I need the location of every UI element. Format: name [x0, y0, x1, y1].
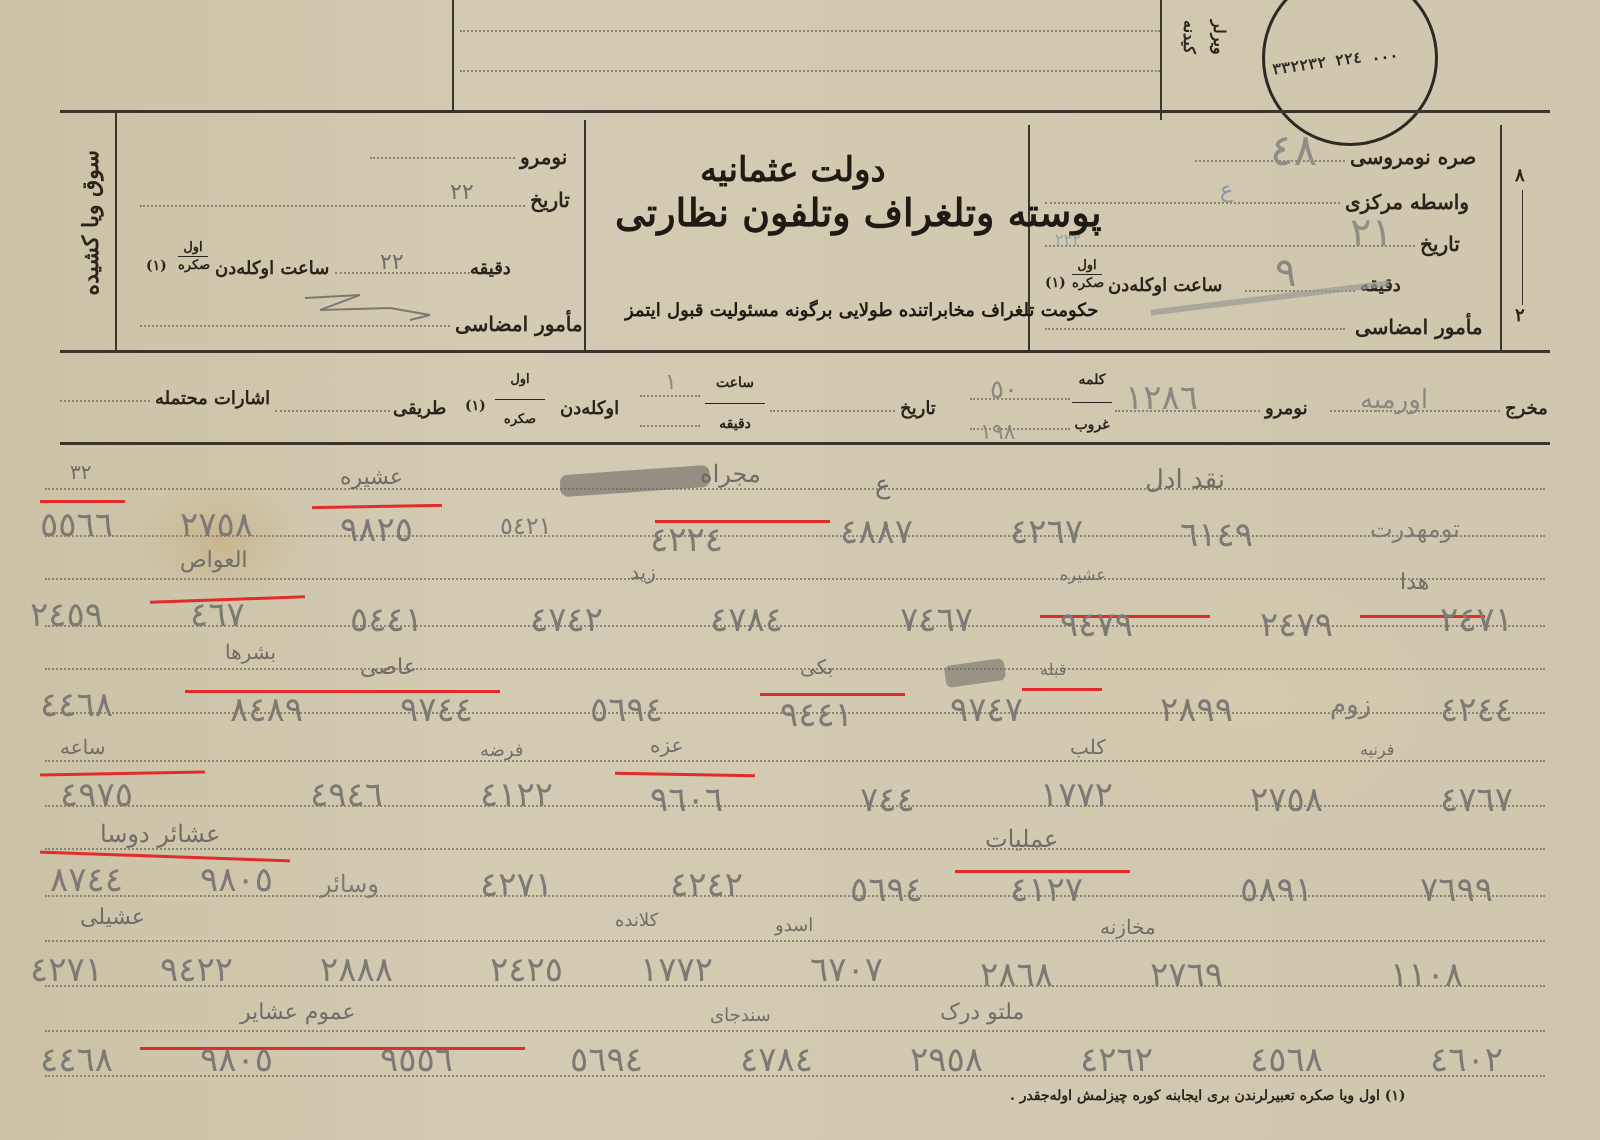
- cipher-group: ٤٧٦٧: [1440, 780, 1513, 820]
- frame-divider: [1500, 125, 1502, 350]
- sunset-value: ١٩٨: [980, 420, 1015, 445]
- cipher-numbers: ٩٨٠٥: [200, 1040, 273, 1080]
- cipher-group: ٥٦٩٤: [570, 1040, 643, 1080]
- date-field[interactable]: [140, 205, 525, 207]
- cipher-numbers: ٤٤٦٨: [40, 685, 113, 725]
- frame-mid: [60, 350, 1550, 353]
- annotation: اسدو: [775, 915, 813, 936]
- minute-field[interactable]: [640, 425, 700, 427]
- annotation: قبله: [1040, 660, 1066, 679]
- annotation: العواص: [180, 548, 248, 573]
- cipher-group: ٧٤٦٧: [900, 600, 973, 640]
- center-field[interactable]: [1045, 202, 1340, 204]
- cipher-group: ٢٨٨٨: [320, 950, 393, 990]
- cipher-group: ٩٥٥٦: [380, 1040, 453, 1080]
- cipher-numbers: ٤٤٦٨: [40, 1040, 113, 1080]
- cipher-numbers: ٢٨٩٩: [1160, 690, 1233, 730]
- serial-value: ٤٨: [1270, 125, 1317, 176]
- annotation: ع: [875, 470, 891, 500]
- annotation: فرضه: [480, 740, 523, 761]
- cipher-numbers: ٢٧٥٨: [180, 505, 253, 545]
- cipher-group: ٤٧٨٤: [740, 1040, 813, 1080]
- cipher-group: ٧٤٤: [860, 780, 915, 820]
- body-line: [45, 578, 1545, 580]
- red-underline: [312, 504, 442, 509]
- cipher-numbers: ١٧٧٢: [1040, 775, 1113, 815]
- cipher-group: وسائر: [320, 870, 379, 898]
- dotted-line: [460, 30, 1160, 32]
- footnote: (١) اول ویا صکره تعبیرلرندن بری ایجابنه …: [1010, 1088, 1406, 1104]
- cipher-numbers: ٤٧٨٤: [710, 600, 783, 640]
- cipher-numbers: ٤٧٨٤: [740, 1040, 813, 1080]
- cipher-group: ٤٢٤٢: [670, 865, 743, 905]
- cipher-group: ٦١٤٩: [1180, 515, 1253, 555]
- cipher-group: ٤٩٤٦: [310, 775, 383, 815]
- hour-label: ساعت: [705, 375, 765, 391]
- route-field[interactable]: [275, 410, 390, 412]
- body-line: [45, 848, 1545, 850]
- word-count-fraction: کلمه غروب: [1072, 372, 1112, 433]
- cipher-group: ٩٦٠٦: [650, 780, 723, 820]
- cipher-group: ٤٧٨٤: [710, 600, 783, 640]
- cipher-numbers: ٤١٢٢: [480, 775, 553, 815]
- body-line: [45, 1030, 1545, 1032]
- word-label: کلمه: [1072, 372, 1112, 388]
- body-line: [45, 668, 1545, 670]
- am-pm-fraction: اول صکره: [1072, 258, 1102, 291]
- cipher-group: ٩٨٢٥: [340, 510, 413, 550]
- annotation: نقد ادل: [1145, 465, 1225, 495]
- cipher-numbers: زوم: [1330, 690, 1371, 720]
- header-title-2: پوسته وتلغراف وتلفون نظارتی: [615, 190, 1102, 235]
- annotation: مخازنه: [1100, 915, 1156, 939]
- cipher-group: ٤١٢٧: [1010, 870, 1083, 910]
- annotation: زید: [630, 560, 656, 584]
- sent-label: سوق ویا کشیده: [78, 150, 104, 295]
- center-value: ع: [1220, 178, 1233, 203]
- date-field[interactable]: [770, 410, 895, 412]
- red-underline: [1022, 688, 1102, 691]
- cipher-group: ٢٤٧١: [1440, 600, 1513, 640]
- cipher-numbers: ٢٨٨٨: [320, 950, 393, 990]
- body-line: [45, 985, 1545, 987]
- margin-mark-bottom: ٢: [1515, 305, 1525, 326]
- remarks-label: اشارات محتمله: [155, 388, 270, 409]
- cipher-group: ١٧٧٢: [1040, 775, 1113, 815]
- annotation: بشرها: [225, 640, 276, 664]
- cipher-group: ٢٩٥٨: [910, 1040, 983, 1080]
- scribbled-out: [559, 465, 710, 497]
- cipher-group: ٤٢٢٤: [650, 520, 723, 560]
- cipher-group: ٥٤٢١: [500, 512, 552, 540]
- cipher-numbers: ٤٩٧٥: [60, 775, 133, 815]
- footnote-ref: (١): [1045, 275, 1066, 291]
- cipher-numbers: ٢٤٢٥: [490, 950, 563, 990]
- annotation: عزه: [650, 733, 683, 757]
- frame-divider: [584, 120, 586, 350]
- cipher-group: ٤٦٧: [190, 595, 245, 635]
- annotation: عموم عشایر: [240, 1000, 356, 1025]
- frac-bar: [1072, 402, 1112, 403]
- cipher-group: ٥٦٩٤: [590, 690, 663, 730]
- cipher-group: ٦٧٠٧: [810, 950, 883, 990]
- annotation: عشیره: [1060, 565, 1106, 584]
- top-divider: [1160, 0, 1162, 120]
- cipher-numbers: ٤٧٦٧: [1440, 780, 1513, 820]
- cipher-numbers: ٩٥٥٦: [380, 1040, 453, 1080]
- cipher-numbers: ٢٧٥٨: [1250, 780, 1323, 820]
- number-label: نومرو: [520, 145, 567, 169]
- cipher-group: تومهدرت: [1370, 515, 1460, 543]
- number-field[interactable]: [370, 157, 515, 159]
- frame-top: [60, 110, 1550, 113]
- header-title-1: دولت عثمانیه: [700, 150, 886, 190]
- cipher-group: ٤٢٦٧: [1010, 512, 1083, 552]
- cipher-group: ٥٦٩٤: [850, 870, 923, 910]
- cipher-group: ٩٧٤٤: [400, 690, 473, 730]
- cipher-numbers: ٢٧٦٩: [1150, 955, 1223, 995]
- frac-bottom: صکره: [178, 258, 208, 273]
- annotation: هدا: [1400, 570, 1429, 595]
- cipher-group: ٥٤٤١: [350, 600, 423, 640]
- cipher-numbers: ٢٤٥٩: [30, 595, 103, 635]
- frame-bottom: [60, 442, 1550, 445]
- body-line: [45, 535, 1545, 537]
- minute-value: ٩: [1275, 250, 1296, 296]
- cipher-numbers: ٤٢٢٤: [650, 520, 723, 560]
- annotation: ملتو درک: [940, 1000, 1024, 1025]
- cipher-group: ٥٥٦٦: [40, 505, 113, 545]
- dotted-line: [460, 70, 1160, 72]
- top-divider: [452, 0, 454, 112]
- red-underline: [615, 772, 755, 777]
- footnote-ref: (١): [465, 398, 486, 414]
- cipher-numbers: ٩٨٢٥: [340, 510, 413, 550]
- frac-bar: [495, 399, 545, 400]
- frac-bottom: صکره: [1072, 276, 1102, 291]
- cipher-group: ٤٢٧١: [480, 865, 553, 905]
- cipher-group: ٤٧٤٢: [530, 600, 603, 640]
- cipher-numbers: ٩٦٠٦: [650, 780, 723, 820]
- cipher-numbers: ٧٦٩٩: [1420, 870, 1493, 910]
- footnote-ref: (١): [146, 258, 167, 274]
- cipher-numbers: ٢٤٧٩: [1260, 605, 1333, 645]
- cipher-group: ٩٨٠٥: [200, 1040, 273, 1080]
- minute-label: دقیقه: [705, 416, 765, 432]
- cipher-group: ٤٨٨٧: [840, 512, 913, 552]
- cipher-numbers: ٤٦٠٢: [1430, 1040, 1503, 1080]
- annotation: کلب: [1070, 735, 1106, 759]
- cipher-numbers: ٥٤٢١: [500, 512, 552, 540]
- cipher-group: ٢٨٩٩: [1160, 690, 1233, 730]
- cipher-group: ٨٧٤٤: [50, 860, 123, 900]
- cipher-group: ٤٦٠٢: [1430, 1040, 1503, 1080]
- cipher-numbers: ٩٧٤٧: [950, 690, 1023, 730]
- annotation: عشیره: [340, 465, 403, 490]
- officer-signature-field[interactable]: [1045, 328, 1345, 330]
- annotation: فرنیه: [1360, 740, 1394, 759]
- cipher-numbers: ٤٦٧: [190, 595, 245, 635]
- frac-bar: [178, 256, 208, 257]
- origin-label: مخرج: [1505, 398, 1548, 419]
- cipher-group: ٧٦٩٩: [1420, 870, 1493, 910]
- frac-bottom: صکره: [495, 412, 545, 427]
- time-label: ساعت اوکله‌دن: [215, 258, 329, 279]
- annotation: ٣٢: [70, 460, 91, 484]
- cipher-numbers: ٨٤٨٩: [230, 690, 303, 730]
- cipher-group: ٤٤٦٨: [40, 685, 113, 725]
- cipher-group: ٨٤٨٩: [230, 690, 303, 730]
- red-underline: [140, 1047, 525, 1050]
- annotation: عشیلی: [80, 905, 145, 930]
- cipher-numbers: ٩٤٧٩: [1060, 605, 1133, 645]
- cipher-group: ٢٧٦٩: [1150, 955, 1223, 995]
- cipher-numbers: ٢٤٧١: [1440, 600, 1513, 640]
- cipher-numbers: ٧٤٤: [860, 780, 915, 820]
- am-pm-fraction: اول صکره: [178, 240, 208, 273]
- annotation: سندجای: [710, 1005, 771, 1026]
- liability-notice: حکومت تلغراف مخابراتنده طولایی برگونه مس…: [625, 300, 1098, 321]
- date-value: ٢٢: [450, 180, 474, 205]
- date-extra: ٢٢٢: [1055, 230, 1081, 249]
- cipher-group: ٩٤٧٩: [1060, 605, 1133, 645]
- frac-top: اول: [1072, 258, 1102, 273]
- scribbled-out: [944, 658, 1006, 688]
- cipher-numbers: ٦٧٠٧: [810, 950, 883, 990]
- cipher-group: ٢٧٥٨: [1250, 780, 1323, 820]
- cipher-group: ٢٤٧٩: [1260, 605, 1333, 645]
- hour-field[interactable]: [640, 395, 700, 397]
- margin-bracket: [1522, 190, 1523, 305]
- top-right-label: کیدنه: [1180, 20, 1199, 54]
- cipher-group: ١٧٧٢: [640, 950, 713, 990]
- body-line: [45, 488, 1545, 490]
- route-label: طریقی: [393, 398, 446, 419]
- cipher-numbers: ٧٤٦٧: [900, 600, 973, 640]
- cipher-numbers: ٨٧٤٤: [50, 860, 123, 900]
- cipher-numbers: ٤٢٤٤: [1440, 690, 1513, 730]
- cipher-numbers: ٥٥٦٦: [40, 505, 113, 545]
- cipher-group: ٤٩٧٥: [60, 775, 133, 815]
- officer-signature-field[interactable]: [140, 325, 450, 327]
- frac-top: اول: [178, 240, 208, 255]
- cipher-group: ٤٢٤٤: [1440, 690, 1513, 730]
- annotation: ساعه: [60, 735, 106, 759]
- frac-bar: [705, 403, 765, 404]
- body-line: [45, 940, 1545, 942]
- cipher-numbers: وسائر: [320, 870, 379, 898]
- cipher-group: ٤٤٦٨: [40, 1040, 113, 1080]
- cipher-group: زوم: [1330, 690, 1371, 720]
- officer-signature-label: مأمور امضاسی: [455, 312, 583, 336]
- cipher-numbers: ٤٩٤٦: [310, 775, 383, 815]
- serial-label: صره نومروسی: [1350, 145, 1476, 169]
- word-count-value: ٥٠: [990, 375, 1018, 405]
- cipher-numbers: ٢٩٥٨: [910, 1040, 983, 1080]
- cipher-numbers: ١٧٧٢: [640, 950, 713, 990]
- origin-value: اورمیه: [1360, 385, 1428, 415]
- cipher-numbers: ٩٤٤١: [780, 695, 853, 735]
- cipher-numbers: ٩٨٠٥: [200, 860, 273, 900]
- frac-bar: [1072, 274, 1102, 275]
- annotation: کلانده: [615, 910, 658, 931]
- cipher-group: ٤٢٦٢: [1080, 1040, 1153, 1080]
- number-label: نومرو: [1265, 398, 1308, 419]
- cipher-group: ٢٧٥٨: [180, 505, 253, 545]
- cipher-numbers: ٤٢٧١: [480, 865, 553, 905]
- cipher-group: ١١٠٨: [1390, 955, 1463, 995]
- cipher-numbers: ٥٦٩٤: [850, 870, 923, 910]
- cipher-numbers: ١١٠٨: [1390, 955, 1463, 995]
- cipher-group: ٥٨٩١: [1240, 870, 1313, 910]
- annotation: عملیات: [985, 825, 1058, 853]
- minute-label: دقیقه: [470, 258, 511, 279]
- cipher-group: ٤٥٦٨: [1250, 1040, 1323, 1080]
- date-label: تاریخ: [530, 188, 570, 212]
- cipher-group: ٢٨٦٨: [980, 955, 1053, 995]
- cipher-numbers: تومهدرت: [1370, 515, 1460, 543]
- cipher-numbers: ٤٥٦٨: [1250, 1040, 1323, 1080]
- annotation: عاصی: [360, 655, 417, 680]
- cipher-numbers: ٤٧٤٢: [530, 600, 603, 640]
- hour-value: ١: [665, 370, 677, 395]
- cipher-numbers: ٤٢٤٢: [670, 865, 743, 905]
- cipher-numbers: ٤٢٦٢: [1080, 1040, 1153, 1080]
- frac-top: اول: [495, 372, 545, 387]
- hour-minute-fraction: ساعت دقیقه: [705, 375, 765, 432]
- cipher-group: ٩٨٠٥: [200, 860, 273, 900]
- cipher-numbers: ٩٤٢٢: [160, 950, 233, 990]
- cipher-group: ٢٤٢٥: [490, 950, 563, 990]
- cipher-numbers: ٤١٢٧: [1010, 870, 1083, 910]
- cipher-numbers: ٢٨٦٨: [980, 955, 1053, 995]
- signature-scribble: [300, 290, 450, 325]
- time-label: ساعت اوکله‌دن: [1108, 275, 1222, 296]
- am-pm-fraction: اول صکره: [495, 372, 545, 427]
- cipher-group: ٩٤٢٢: [160, 950, 233, 990]
- cipher-numbers: ٥٦٩٤: [590, 690, 663, 730]
- red-underline: [40, 500, 125, 503]
- cipher-numbers: ٩٧٤٤: [400, 690, 473, 730]
- date-label: تاریخ: [900, 398, 936, 419]
- frame-divider: [115, 112, 117, 350]
- cipher-numbers: ٦١٤٩: [1180, 515, 1253, 555]
- cipher-group: ٤٢٧١: [30, 950, 103, 990]
- minute-value: ٢٢: [380, 250, 404, 275]
- cipher-numbers: ٤٨٨٧: [840, 512, 913, 552]
- number-value: ١٢٨٦: [1125, 378, 1198, 418]
- officer-signature-label: مأمور امضاسی: [1355, 315, 1483, 339]
- margin-mark-top: ٨: [1515, 165, 1525, 186]
- word-count-field[interactable]: [970, 398, 1070, 400]
- time-label: اوکله‌دن: [560, 398, 619, 419]
- cipher-group: ٩٧٤٧: [950, 690, 1023, 730]
- cipher-numbers: ٤٢٧١: [30, 950, 103, 990]
- cipher-numbers: ٤٢٦٧: [1010, 512, 1083, 552]
- annotation: عشائر دوسا: [100, 820, 220, 848]
- cipher-group: ٤١٢٢: [480, 775, 553, 815]
- telegraph-form: کیدنه ویرلر ٢٢٤ ٣٣٢٢٣٢ ... سوق ویا کشیده…: [0, 0, 1600, 1140]
- date-value: ٢١: [1350, 210, 1393, 256]
- body-line: [45, 760, 1545, 762]
- word-bottom-label: غروب: [1072, 417, 1112, 433]
- cipher-group: ٩٤٤١: [780, 695, 853, 735]
- remarks-field[interactable]: [60, 400, 150, 402]
- cipher-group: ٢٤٥٩: [30, 595, 103, 635]
- date-label: تاریخ: [1420, 232, 1460, 256]
- cipher-numbers: ٥٨٩١: [1240, 870, 1313, 910]
- cipher-numbers: ٥٤٤١: [350, 600, 423, 640]
- annotation: بکی: [800, 655, 833, 679]
- top-right-label: ویرلر: [1210, 20, 1229, 55]
- cipher-numbers: ٥٦٩٤: [570, 1040, 643, 1080]
